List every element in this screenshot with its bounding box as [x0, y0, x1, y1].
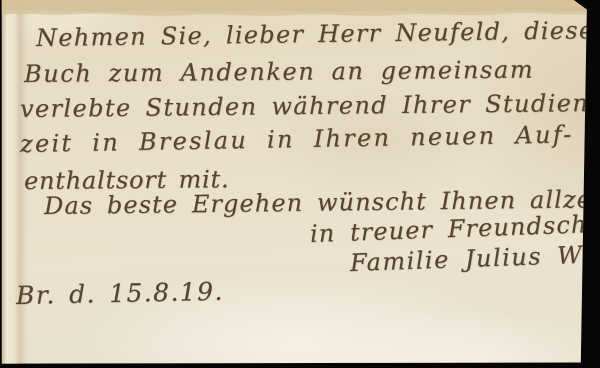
handwriting-line-4: zeit in Breslau in Ihren neuen Auf- — [20, 120, 574, 158]
signature-line: Familie Julius Weg — [350, 240, 600, 277]
album-page: Nehmen Sie, lieber Herr Neufeld, dieses … — [0, 0, 600, 368]
handwriting-line-3: verlebte Stunden während Ihrer Studien- — [20, 89, 599, 123]
photo-of-album-page: { "document": { "language": "German", "s… — [0, 0, 600, 368]
handwriting-line-2: Buch zum Andenken an gemeinsam — [24, 56, 534, 88]
page-gutter-edge — [2, 0, 19, 368]
date-line: Br. d. 15.8.19. — [16, 277, 224, 310]
